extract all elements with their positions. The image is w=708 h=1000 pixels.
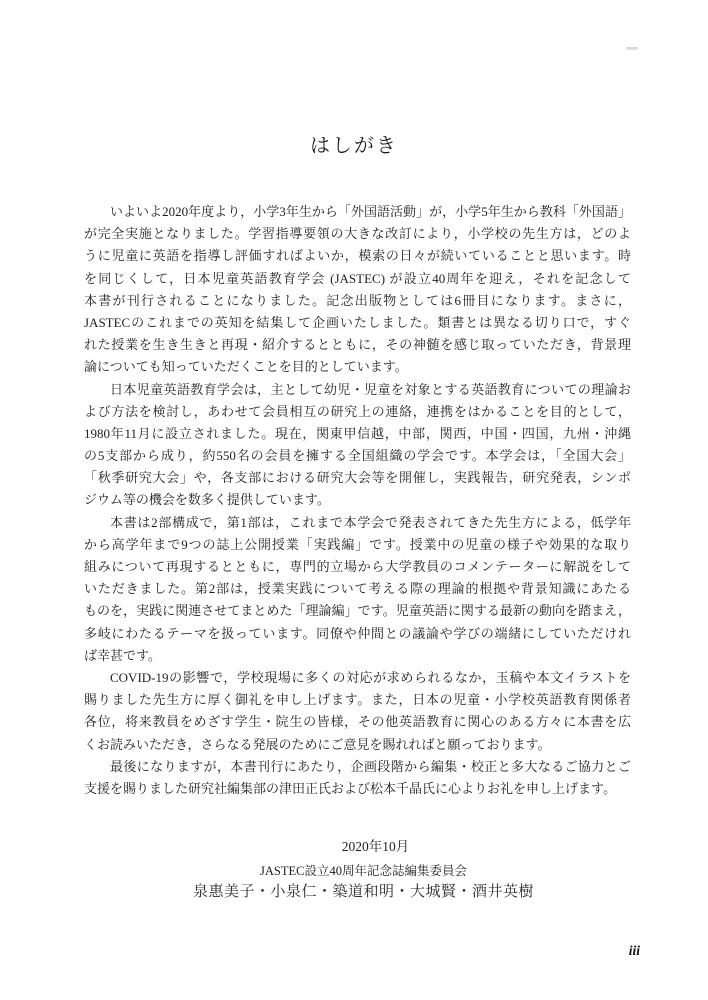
body-line: ものを，実践に関連させてまとめた「理論編」です。児童英語に関する最新の動向を踏ま… [84,600,631,622]
body-line: COVID-19の影響で，学校現場に多くの対応が求められるなか，玉稿や本文イラス… [84,667,631,689]
paragraph: COVID-19の影響で，学校現場に多くの対応が求められるなか，玉稿や本文イラス… [84,667,631,756]
paragraph: 本書は2部構成で，第1部は，これまで本学会で発表されてきた先生方による，低学年か… [84,512,631,667]
page-number: iii [629,943,640,959]
body-text: いよいよ2020年度より，小学3年生から「外国語活動」が，小学5年生から教科「外… [84,201,631,800]
body-line: 支援を賜りました研究社編集部の津田正氏および松本千晶氏に心よりお礼を申し上げます… [84,778,631,800]
page-title: はしがき [0,129,708,158]
body-line: 組みについて再現するとともに，専門的立場から大学教員のコメンテーターに解説をして [84,556,631,578]
body-line: を同じくして，日本児童英語教育学会 (JASTEC) が設立40周年を迎え，それ… [84,268,631,290]
body-line: の5支部から成り，約550名の会員を擁する全国組織の学会です。本学会は，「全国大… [84,445,631,467]
body-line: 各位，将来教員をめざす学生・院生の皆様，その他英語教育に関心のある方々に本書を広 [84,711,631,733]
body-line: 賜りました先生方に厚く御礼を申し上げます。また，日本の児童・小学校英語教育関係者 [84,689,631,711]
body-line: 1980年11月に設立されました。現在，関東甲信越，中部，関西，中国・四国，九州… [84,423,631,445]
body-line: 論についても知っていただくことを目的としています。 [84,356,631,378]
body-line: 最後になりますが，本書刊行にあたり，企画段階から編集・校正と多大なるご協力とご [84,756,631,778]
body-line: 多岐にわたるテーマを扱っています。同僚や仲間との議論や学びの端緒にしていただけれ [84,623,631,645]
corner-mark [626,47,638,50]
closing-date: 2020年10月 [102,838,649,856]
body-line: くお読みいただき，さらなる発展のためにご意見を賜れればと願っております。 [84,734,631,756]
body-line: 本書が刊行されることになりました。記念出版物としては6冊目になります。まさに， [84,290,631,312]
body-line: から高学年まで9つの誌上公開授業「実践編」です。授業中の児童の様子や効果的な取り [84,534,631,556]
closing-block: 2020年10月 JASTEC設立40周年記念誌編集委員会 泉惠美子・小泉仁・築… [84,838,631,902]
document-page: はしがき いよいよ2020年度より，小学3年生から「外国語活動」が，小学5年生か… [0,0,708,1000]
body-line: 日本児童英語教育学会は，主として幼児・児童を対象とする英語教育についての理論お [84,379,631,401]
body-line: が完全実施となりました。学習指導要領の大きな改訂により，小学校の先生方は，どのよ [84,223,631,245]
body-line: いよいよ2020年度より，小学3年生から「外国語活動」が，小学5年生から教科「外… [84,201,631,223]
body-line: いただきました。第2部は，授業実践について考える際の理論的根拠や背景知識にあたる [84,578,631,600]
closing-editors: 泉惠美子・小泉仁・築道和明・大城賢・酒井英樹 [90,882,637,902]
paragraph: いよいよ2020年度より，小学3年生から「外国語活動」が，小学5年生から教科「外… [84,201,631,379]
body-line: よび方法を検討し，あわせて会員相互の研究上の連絡，連携をはかることを目的として， [84,401,631,423]
body-line: JASTECのこれまでの英知を結集して企画いたしました。類書とは異なる切り口で，… [84,312,631,334]
body-line: うに児童に英語を指導し評価すればよいか，模索の日々が続いていることと思います。時 [84,245,631,267]
closing-committee: JASTEC設立40周年記念誌編集委員会 [90,862,637,880]
body-line: ば幸甚です。 [84,645,631,667]
body-line: れた授業を生き生きと再現・紹介するとともに，その神髄を感じ取っていただき，背景理 [84,334,631,356]
body-line: 「秋季研究大会」や，各支部における研究大会等を開催し，実践報告，研究発表，シンポ [84,467,631,489]
body-line: 本書は2部構成で，第1部は，これまで本学会で発表されてきた先生方による，低学年 [84,512,631,534]
paragraph: 最後になりますが，本書刊行にあたり，企画段階から編集・校正と多大なるご協力とご支… [84,756,631,800]
paragraph: 日本児童英語教育学会は，主として幼児・児童を対象とする英語教育についての理論およ… [84,379,631,512]
body-line: ジウム等の機会を数多く提供しています。 [84,489,631,511]
